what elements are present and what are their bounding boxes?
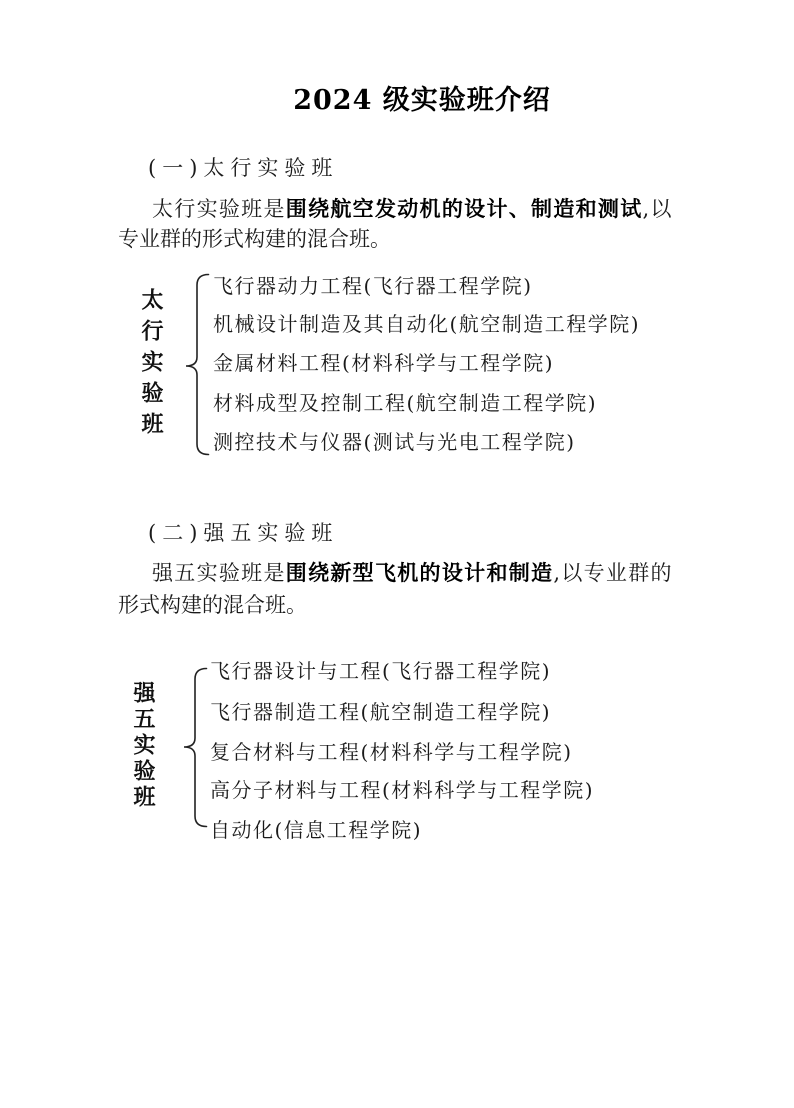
diagram-1-label: 太行实验班 bbox=[136, 288, 167, 443]
section-1-paragraph-line-1: 太行实验班是围绕航空发动机的设计、制造和测试,以 bbox=[152, 195, 672, 223]
section-2-paragraph-line-1: 强五实验班是围绕新型飞机的设计和制造,以专业群的 bbox=[152, 559, 672, 587]
document-page: 2024 级实验班介绍 (一)太行实验班 太行实验班是围绕航空发动机的设计、制造… bbox=[0, 0, 794, 1108]
diagram-2-item: 复合材料与工程(材料科学与工程学院) bbox=[210, 739, 573, 765]
section-1-para-pre: 太行实验班是 bbox=[152, 197, 286, 221]
section-2-para-pre: 强五实验班是 bbox=[152, 561, 286, 585]
section-1-para-bold: 围绕航空发动机的设计、制造和测试 bbox=[286, 196, 643, 221]
page-title: 2024 级实验班介绍 bbox=[120, 84, 724, 118]
diagram-2-item: 飞行器制造工程(航空制造工程学院) bbox=[210, 699, 551, 725]
diagram-2-item: 自动化(信息工程学院) bbox=[210, 817, 422, 843]
section-1-heading: (一)太行实验班 bbox=[148, 155, 338, 182]
section-2-para-post: ,以专业群的 bbox=[553, 561, 672, 585]
diagram-1-item: 测控技术与仪器(测试与光电工程学院) bbox=[213, 429, 576, 455]
section-1-paragraph-line-2: 专业群的形式构建的混合班。 bbox=[118, 226, 391, 253]
diagram-1-brace bbox=[184, 273, 210, 456]
section-2-paragraph-line-2: 形式构建的混合班。 bbox=[118, 592, 307, 619]
diagram-1-item: 金属材料工程(材料科学与工程学院) bbox=[213, 350, 554, 376]
diagram-2-item: 飞行器设计与工程(飞行器工程学院) bbox=[210, 658, 551, 684]
section-2-heading: (二)强五实验班 bbox=[148, 520, 338, 547]
diagram-1-item: 机械设计制造及其自动化(航空制造工程学院) bbox=[213, 311, 640, 337]
section-1-para-post: ,以 bbox=[643, 197, 672, 221]
diagram-1-item: 材料成型及控制工程(航空制造工程学院) bbox=[213, 390, 597, 416]
diagram-1-item: 飞行器动力工程(飞行器工程学院) bbox=[213, 273, 533, 299]
diagram-2-brace bbox=[182, 667, 208, 828]
diagram-2-item: 高分子材料与工程(材料科学与工程学院) bbox=[210, 777, 594, 803]
diagram-2-label: 强五实验班 bbox=[128, 681, 159, 811]
section-2-para-bold: 围绕新型飞机的设计和制造 bbox=[286, 560, 554, 585]
